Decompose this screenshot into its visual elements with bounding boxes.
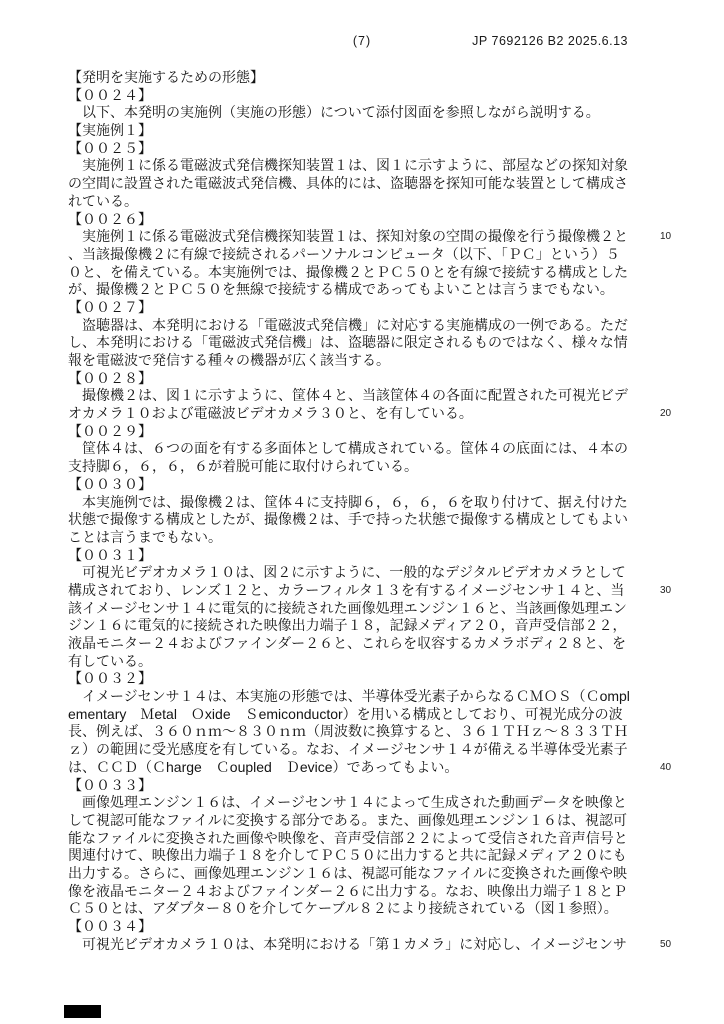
- body-line: イメージセンサ１４は、本実施の形態では、半導体受光素子からなるＣＭＯＳ（Ｃomp…: [68, 688, 634, 706]
- body-line: 【００３２】: [68, 670, 634, 688]
- body-line: 像を液晶モニター２４およびファインダー２６に出力する。なお、映像出力端子１８とＰ: [68, 883, 634, 901]
- body-line: 撮像機２は、図１に示すように、筐体４と、当該筐体４の各面に配置された可視光ビデ: [68, 387, 634, 405]
- body-line: 【００３３】: [68, 777, 634, 795]
- body-line: の空間に設置された電磁波式発信機、具体的には、盗聴器を探知可能な装置として構成さ: [68, 175, 634, 193]
- body-line: 【発明を実施するための形態】: [68, 69, 634, 87]
- body-line: 該イメージセンサ１４に電気的に接続された画像処理エンジン１６と、当該画像処理エン: [68, 600, 634, 618]
- body-line: ことは言うまでもない。: [68, 529, 634, 547]
- body-line: 関連付けて、映像出力端子１８を介してＰＣ５０に出力すると共に記録メディア２０にも: [68, 847, 634, 865]
- body-line: し、本発明における「電磁波式発信機」は、盗聴器に限定されるものではなく、様々な情: [68, 334, 634, 352]
- body-line: 実施例１に係る電磁波式発信機探知装置１は、図１に示すように、部屋などの探知対象: [68, 157, 634, 175]
- patent-page: (7) JP 7692126 B2 2025.6.13 【発明を実施するための形…: [0, 0, 724, 1024]
- body-line: 可視光ビデオカメラ１０は、本発明における「第１カメラ」に対応し、イメージセンサ: [68, 936, 634, 954]
- body-line: 盗聴器は、本発明における「電磁波式発信機」に対応する実施構成の一例である。ただ: [68, 317, 634, 335]
- body-line: 【００２４】: [68, 87, 634, 105]
- body-line: が、撮像機２とＰＣ５０を無線で接続する構成であってもよいことは言うまでもない。: [68, 281, 634, 299]
- body-line: 本実施例では、撮像機２は、筐体４に支持脚６，６，６，６を取り付けて、据え付けた: [68, 494, 634, 512]
- line-number-marker: 10: [660, 231, 684, 242]
- body-line: 実施例１に係る電磁波式発信機探知装置１は、探知対象の空間の撮像を行う撮像機２と: [68, 228, 634, 246]
- body-line: 【００２８】: [68, 370, 634, 388]
- line-number-marker: 50: [660, 939, 684, 950]
- body-line: 構成されており、レンズ１２と、カラーフィルタ１３を有するイメージセンサ１４と、当: [68, 582, 634, 600]
- body-line: 【００２７】: [68, 299, 634, 317]
- body-line: 画像処理エンジン１６は、イメージセンサ１４によって生成された動画データを映像と: [68, 794, 634, 812]
- body-line: 、当該撮像機２に有線で接続されるパーソナルコンピュータ（以下、「ＰＣ」という）５: [68, 246, 634, 264]
- line-number-marker: 40: [660, 762, 684, 773]
- body-line: 状態で撮像する構成としたが、撮像機２は、手で持った状態で撮像する構成としてもよい: [68, 511, 634, 529]
- body-line: 報を電磁波で発信する種々の機器が広く該当する。: [68, 352, 634, 370]
- scan-artifact: [64, 1005, 101, 1018]
- body-line: 【００３０】: [68, 476, 634, 494]
- body-line: ｚ）の範囲に受光感度を有している。なお、イメージセンサ１４が備える半導体受光素子: [68, 741, 634, 759]
- body-line: 以下、本発明の実施例（実施の形態）について添付図面を参照しながら説明する。: [68, 104, 634, 122]
- body-line: して視認可能なファイルに変換する部分である。また、画像処理エンジン１６は、視認可: [68, 812, 634, 830]
- body-line: 出力する。さらに、画像処理エンジン１６は、視認可能なファイルに変換された画像や映: [68, 865, 634, 883]
- body-line: 可視光ビデオカメラ１０は、図２に示すように、一般的なデジタルビデオカメラとして: [68, 564, 634, 582]
- body-line: 【００３１】: [68, 547, 634, 565]
- body-line: 【００２６】: [68, 211, 634, 229]
- body-line: 【００２９】: [68, 423, 634, 441]
- line-number-marker: 20: [660, 408, 684, 419]
- body-line: 長、例えば、３６０ｎｍ～８３０ｎｍ（周波数に換算すると、３６１ＴＨｚ～８３３ＴＨ: [68, 723, 634, 741]
- body-line: 有している。: [68, 653, 634, 671]
- body-line: 【００３４】: [68, 918, 634, 936]
- body-line: 能なファイルに変換された画像や映像を、音声受信部２２によって受信された音声信号と: [68, 830, 634, 848]
- body-line: ementary Ｍetal Ｏxide Ｓemiconductor）を用いる構…: [68, 706, 634, 724]
- body-line: ジン１６に電気的に接続された映像出力端子１８，記録メディア２０，音声受信部２２，: [68, 617, 634, 635]
- line-number-marker: 30: [660, 585, 684, 596]
- page-header: (7) JP 7692126 B2 2025.6.13: [0, 34, 724, 50]
- body-line: ０と、を備えている。本実施例では、撮像機２とＰＣ５０とを有線で接続する構成とした: [68, 264, 634, 282]
- body-line: 液晶モニター２４およびファインダー２６と、これらを収容するカメラボディ２８と、を: [68, 635, 634, 653]
- body-line: 【００２５】: [68, 140, 634, 158]
- body-line: 支持脚６，６，６，６が着脱可能に取付けられている。: [68, 458, 634, 476]
- body-line: 【実施例１】: [68, 122, 634, 140]
- body-line: Ｃ５０とは、アダプター８０を介してケーブル８２により接続されている（図１参照）。: [68, 900, 634, 918]
- body-text: 【発明を実施するための形態】【００２４】 以下、本発明の実施例（実施の形態）につ…: [68, 69, 634, 953]
- body-line: は、ＣＣＤ（Ｃharge Ｃoupled Ｄevice）であってもよい。: [68, 759, 634, 777]
- body-line: れている。: [68, 193, 634, 211]
- document-id: JP 7692126 B2 2025.6.13: [472, 34, 628, 48]
- body-line: 筐体４は、６つの面を有する多面体として構成されている。筐体４の底面には、４本の: [68, 440, 634, 458]
- body-line: オカメラ１０および電磁波ビデオカメラ３０と、を有している。: [68, 405, 634, 423]
